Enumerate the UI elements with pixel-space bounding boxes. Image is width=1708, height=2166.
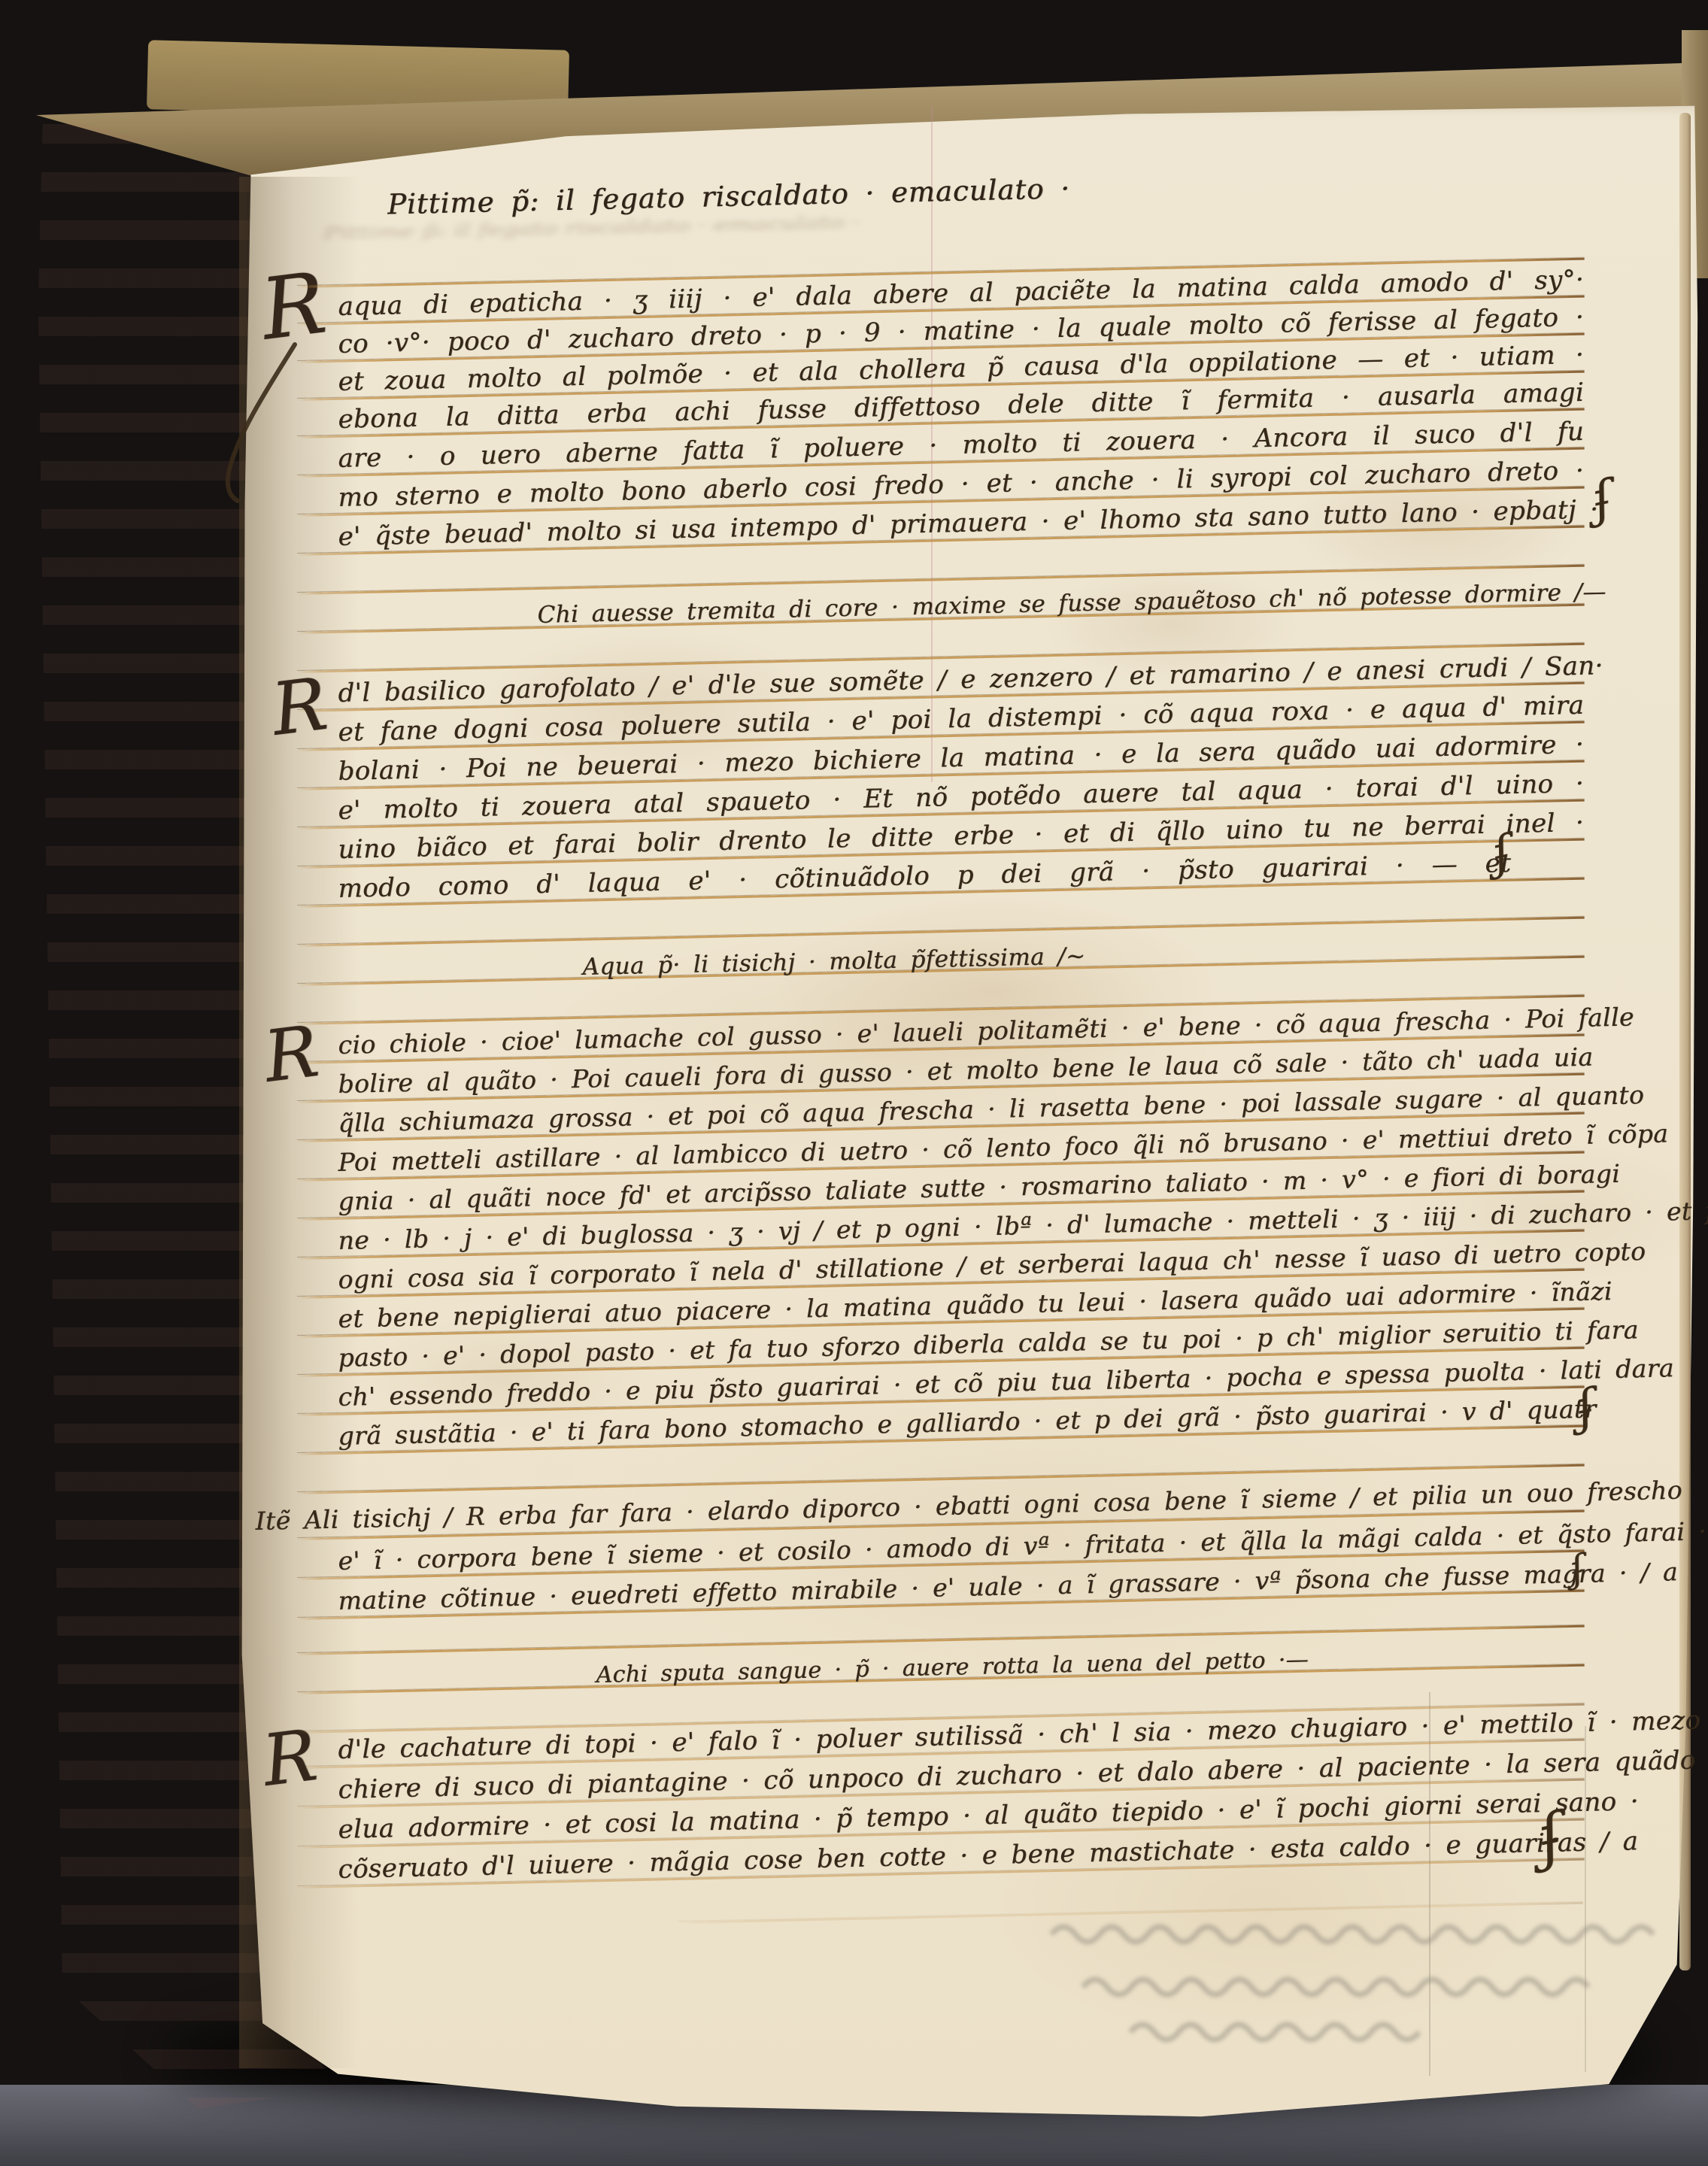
ghost-writing: [1077, 1963, 1619, 2002]
manuscript-photo: Pittime p̃: il fegato riscaldato · emacu…: [0, 0, 1708, 2166]
recipe-initial: R: [268, 668, 330, 746]
initial-swash-tail: [208, 340, 320, 517]
recipe-initial: R: [261, 1017, 323, 1094]
recipe-initial: R: [256, 261, 329, 352]
ghost-writing: [1045, 1910, 1677, 1949]
ghost-writing: [1124, 2010, 1455, 2047]
page-crease: [1585, 1726, 1586, 2072]
page-edge-right: [1679, 113, 1691, 1970]
